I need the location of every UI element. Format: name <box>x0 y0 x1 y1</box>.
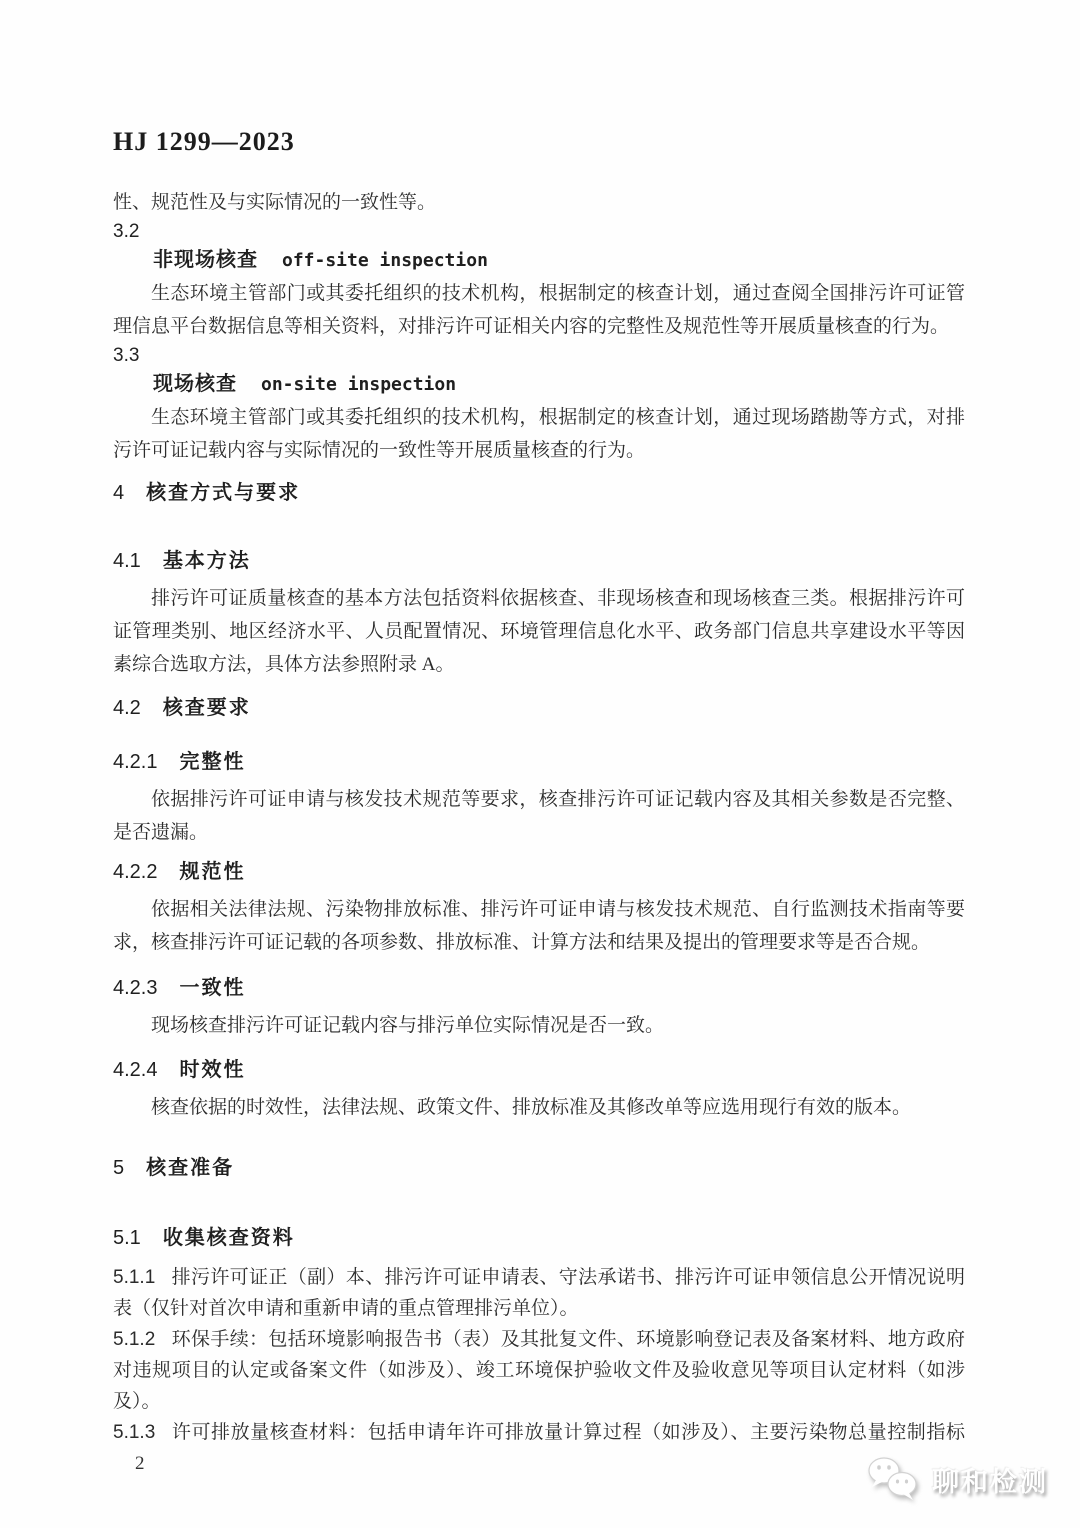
clause-text: 许可排放量核查材料：包括申请年许可排放量计算过程（如涉及）、主要污染物总量控制指… <box>171 1422 965 1443</box>
section-title: 核查准备 <box>146 1157 234 1179</box>
paragraph-4-2-1: 依据排污许可证申请与核发技术规范等要求，核查排污许可证记载内容及其相关参数是否完… <box>113 783 965 849</box>
clause-number-3-3: 3.3 <box>113 343 965 369</box>
term-en: off-site inspection <box>282 250 488 271</box>
section-number: 5 <box>113 1157 124 1179</box>
section-heading-4-2-2: 4.2.2规范性 <box>113 854 965 890</box>
section-heading-5-1: 5.1收集核查资料 <box>113 1220 965 1256</box>
term-cn: 非现场核查 <box>153 249 258 271</box>
section-number: 4.1 <box>113 550 141 572</box>
paragraph-4-2-3: 现场核查排污许可证记载内容与排污单位实际情况是否一致。 <box>113 1009 965 1042</box>
clause-text: 排污许可证正（副）本、排污许可证申请表、守法承诺书、排污许可证申领信息公开情况说… <box>113 1267 965 1319</box>
section-title: 收集核查资料 <box>163 1227 295 1249</box>
section-title: 核查方式与要求 <box>146 482 300 504</box>
section-number: 5.1 <box>113 1227 141 1249</box>
term-heading-3-2: 非现场核查off-site inspection <box>113 245 965 277</box>
section-heading-4-2-4: 4.2.4时效性 <box>113 1052 965 1088</box>
clause-paragraph-5-1-2: 5.1.2环保手续：包括环境影响报告书（表）及其批复文件、环境影响登记表及备案材… <box>113 1324 965 1417</box>
term-en: on-site inspection <box>261 374 456 395</box>
paragraph-4-2-2: 依据相关法律法规、污染物排放标准、排污许可证申请与核发技术规范、自行监测技术指南… <box>113 893 965 959</box>
page-number: 2 <box>113 1450 965 1478</box>
section-number: 4.2 <box>113 697 141 719</box>
section-number: 4 <box>113 482 124 504</box>
clause-number-3-2: 3.2 <box>113 219 965 245</box>
section-title: 时效性 <box>179 1059 245 1081</box>
clause-number: 5.1.3 <box>113 1422 155 1443</box>
definition-paragraph-3-2: 生态环境主管部门或其委托组织的技术机构，根据制定的核查计划，通过查阅全国排污许可… <box>113 277 965 343</box>
section-number: 4.2.2 <box>113 861 157 883</box>
clause-text: 环保手续：包括环境影响报告书（表）及其批复文件、环境影响登记表及备案材料、地方政… <box>113 1329 965 1412</box>
paragraph-4-2-4: 核查依据的时效性，法律法规、政策文件、排放标准及其修改单等应选用现行有效的版本。 <box>113 1091 965 1124</box>
section-heading-5: 5核查准备 <box>113 1150 965 1186</box>
section-heading-4-2: 4.2核查要求 <box>113 690 965 726</box>
section-heading-4-2-1: 4.2.1完整性 <box>113 744 965 780</box>
section-heading-4-1: 4.1基本方法 <box>113 543 965 579</box>
continuation-paragraph: 性、规范性及与实际情况的一致性等。 <box>113 186 965 219</box>
definition-paragraph-3-3: 生态环境主管部门或其委托组织的技术机构，根据制定的核查计划，通过现场踏勘等方式，… <box>113 401 965 467</box>
section-number: 4.2.1 <box>113 751 157 773</box>
section-number: 4.2.3 <box>113 977 157 999</box>
section-title: 核查要求 <box>163 697 251 719</box>
section-title: 完整性 <box>179 751 245 773</box>
section-number: 4.2.4 <box>113 1059 157 1081</box>
term-cn: 现场核查 <box>153 373 237 395</box>
standard-number: HJ 1299—2023 <box>113 122 965 162</box>
section-heading-4: 4核查方式与要求 <box>113 475 965 511</box>
clause-paragraph-5-1-3: 5.1.3许可排放量核查材料：包括申请年许可排放量计算过程（如涉及）、主要污染物… <box>113 1417 965 1448</box>
term-heading-3-3: 现场核查on-site inspection <box>113 369 965 401</box>
wechat-icon <box>866 1456 922 1502</box>
watermark: 聊和检测 <box>866 1456 1048 1502</box>
watermark-text: 聊和检测 <box>932 1460 1048 1499</box>
paragraph-4-1: 排污许可证质量核查的基本方法包括资料依据核查、非现场核查和现场核查三类。根据排污… <box>113 582 965 681</box>
section-title: 规范性 <box>179 861 245 883</box>
clause-number: 5.1.2 <box>113 1329 155 1350</box>
clause-number: 5.1.1 <box>113 1267 155 1288</box>
document-page: HJ 1299—2023 性、规范性及与实际情况的一致性等。 3.2 非现场核查… <box>0 0 1080 1528</box>
section-title: 基本方法 <box>163 550 251 572</box>
clause-paragraph-5-1-1: 5.1.1排污许可证正（副）本、排污许可证申请表、守法承诺书、排污许可证申领信息… <box>113 1262 965 1324</box>
section-heading-4-2-3: 4.2.3一致性 <box>113 970 965 1006</box>
section-title: 一致性 <box>179 977 245 999</box>
